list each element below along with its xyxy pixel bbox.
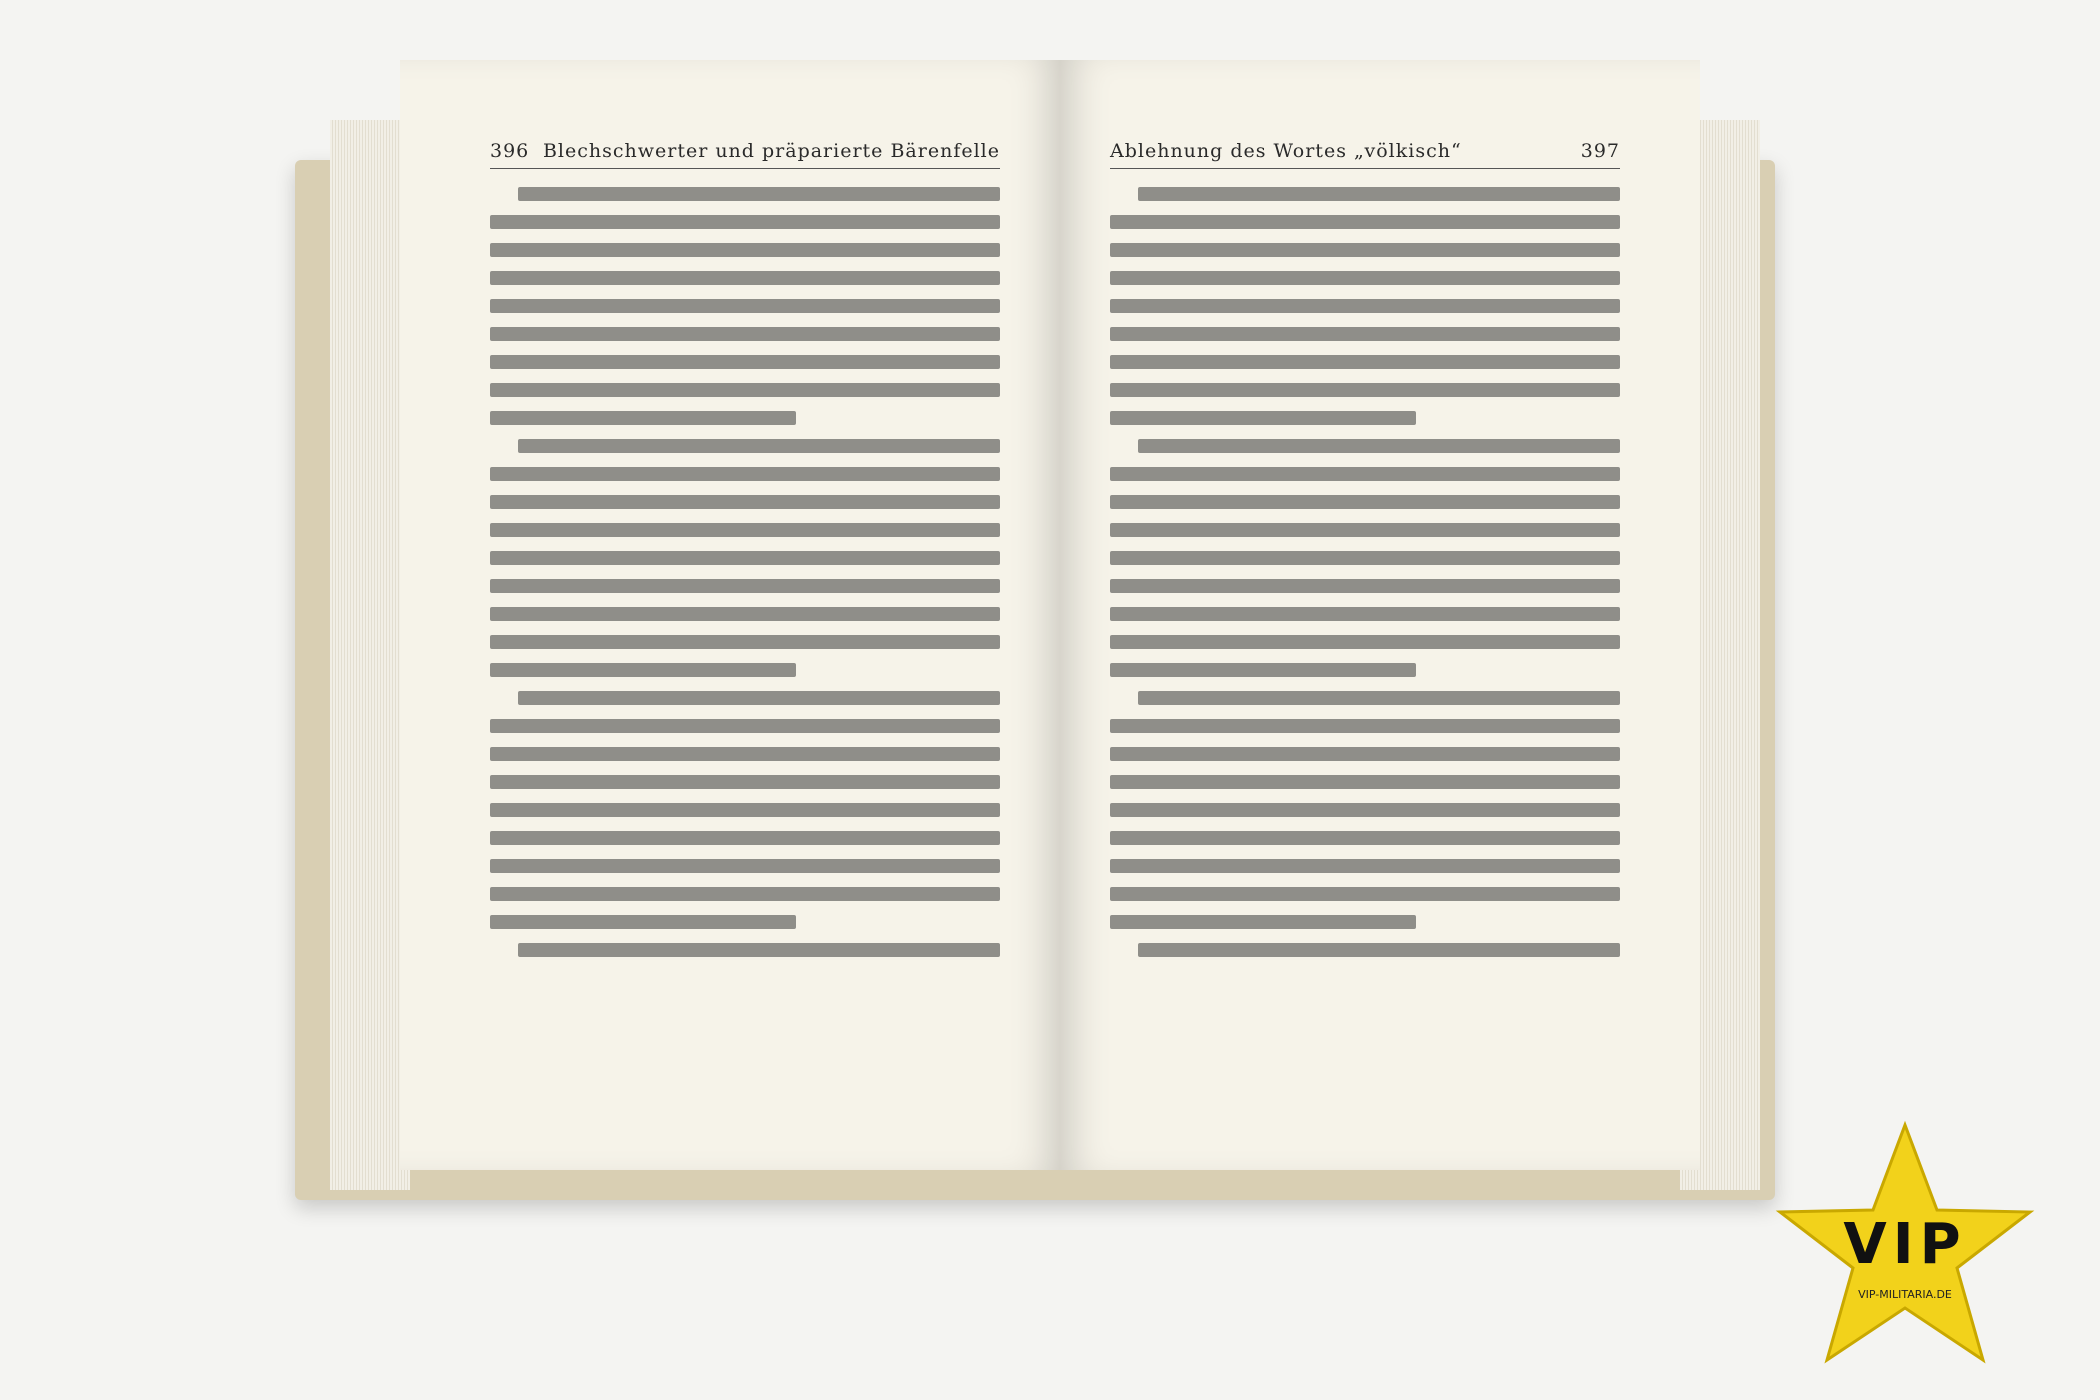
text-line-placeholder — [1138, 691, 1620, 705]
text-line-placeholder — [490, 299, 1000, 313]
text-line-placeholder — [518, 691, 1000, 705]
right-page-number: 397 — [1581, 140, 1620, 162]
left-running-header: Blechschwerter und präparierte Bärenfell… — [543, 140, 1000, 162]
text-line-placeholder — [490, 663, 796, 677]
text-line-placeholder — [1110, 327, 1620, 341]
text-line-placeholder — [490, 831, 1000, 845]
text-line-placeholder — [490, 467, 1000, 481]
text-line-placeholder — [1138, 187, 1620, 201]
text-line-placeholder — [490, 915, 796, 929]
text-line-placeholder — [490, 271, 1000, 285]
text-line-placeholder — [1110, 663, 1416, 677]
text-line-placeholder — [1138, 439, 1620, 453]
text-line-placeholder — [490, 859, 1000, 873]
text-line-placeholder — [1110, 271, 1620, 285]
left-page-header: 396 Blechschwerter und präparierte Bären… — [490, 140, 1000, 169]
text-line-placeholder — [1110, 467, 1620, 481]
text-line-placeholder — [1110, 299, 1620, 313]
left-page-number: 396 — [490, 140, 529, 162]
text-line-placeholder — [1110, 635, 1620, 649]
text-line-placeholder — [1110, 523, 1620, 537]
text-line-placeholder — [490, 887, 1000, 901]
right-page: Ablehnung des Wortes „völkisch“ 397 — [1060, 60, 1700, 1170]
page-edges-left — [330, 120, 410, 1190]
text-line-placeholder — [1110, 579, 1620, 593]
text-line-placeholder — [1110, 831, 1620, 845]
text-line-placeholder — [490, 775, 1000, 789]
text-line-placeholder — [1110, 803, 1620, 817]
text-line-placeholder — [490, 607, 1000, 621]
text-line-placeholder — [1110, 215, 1620, 229]
text-line-placeholder — [490, 243, 1000, 257]
text-line-placeholder — [1110, 887, 1620, 901]
text-line-placeholder — [1110, 775, 1620, 789]
watermark-label: VIP — [1775, 1212, 2035, 1277]
text-line-placeholder — [490, 495, 1000, 509]
text-line-placeholder — [518, 943, 1000, 957]
text-line-placeholder — [1110, 243, 1620, 257]
text-line-placeholder — [490, 747, 1000, 761]
text-line-placeholder — [1110, 607, 1620, 621]
watermark-subtext: VIP-MILITARIA.DE — [1775, 1288, 2035, 1301]
text-line-placeholder — [490, 383, 1000, 397]
vip-watermark-badge: VIP VIP-MILITARIA.DE — [1775, 1120, 2035, 1370]
text-line-placeholder — [1110, 551, 1620, 565]
left-page: 396 Blechschwerter und präparierte Bären… — [400, 60, 1060, 1170]
text-line-placeholder — [1110, 859, 1620, 873]
right-page-header: Ablehnung des Wortes „völkisch“ 397 — [1110, 140, 1620, 169]
text-line-placeholder — [490, 523, 1000, 537]
text-line-placeholder — [518, 439, 1000, 453]
text-line-placeholder — [1110, 383, 1620, 397]
text-line-placeholder — [1110, 495, 1620, 509]
text-line-placeholder — [490, 579, 1000, 593]
text-line-placeholder — [1110, 411, 1416, 425]
text-line-placeholder — [490, 635, 1000, 649]
text-line-placeholder — [1110, 719, 1620, 733]
text-line-placeholder — [490, 411, 796, 425]
text-line-placeholder — [490, 215, 1000, 229]
text-line-placeholder — [490, 551, 1000, 565]
text-line-placeholder — [1110, 747, 1620, 761]
left-body-placeholder — [490, 187, 1000, 957]
text-line-placeholder — [1138, 943, 1620, 957]
right-body-placeholder — [1110, 187, 1620, 957]
text-line-placeholder — [1110, 915, 1416, 929]
text-line-placeholder — [490, 355, 1000, 369]
text-line-placeholder — [1110, 355, 1620, 369]
text-line-placeholder — [518, 187, 1000, 201]
text-line-placeholder — [490, 719, 1000, 733]
text-line-placeholder — [490, 327, 1000, 341]
text-line-placeholder — [490, 803, 1000, 817]
right-running-header: Ablehnung des Wortes „völkisch“ — [1110, 140, 1462, 162]
